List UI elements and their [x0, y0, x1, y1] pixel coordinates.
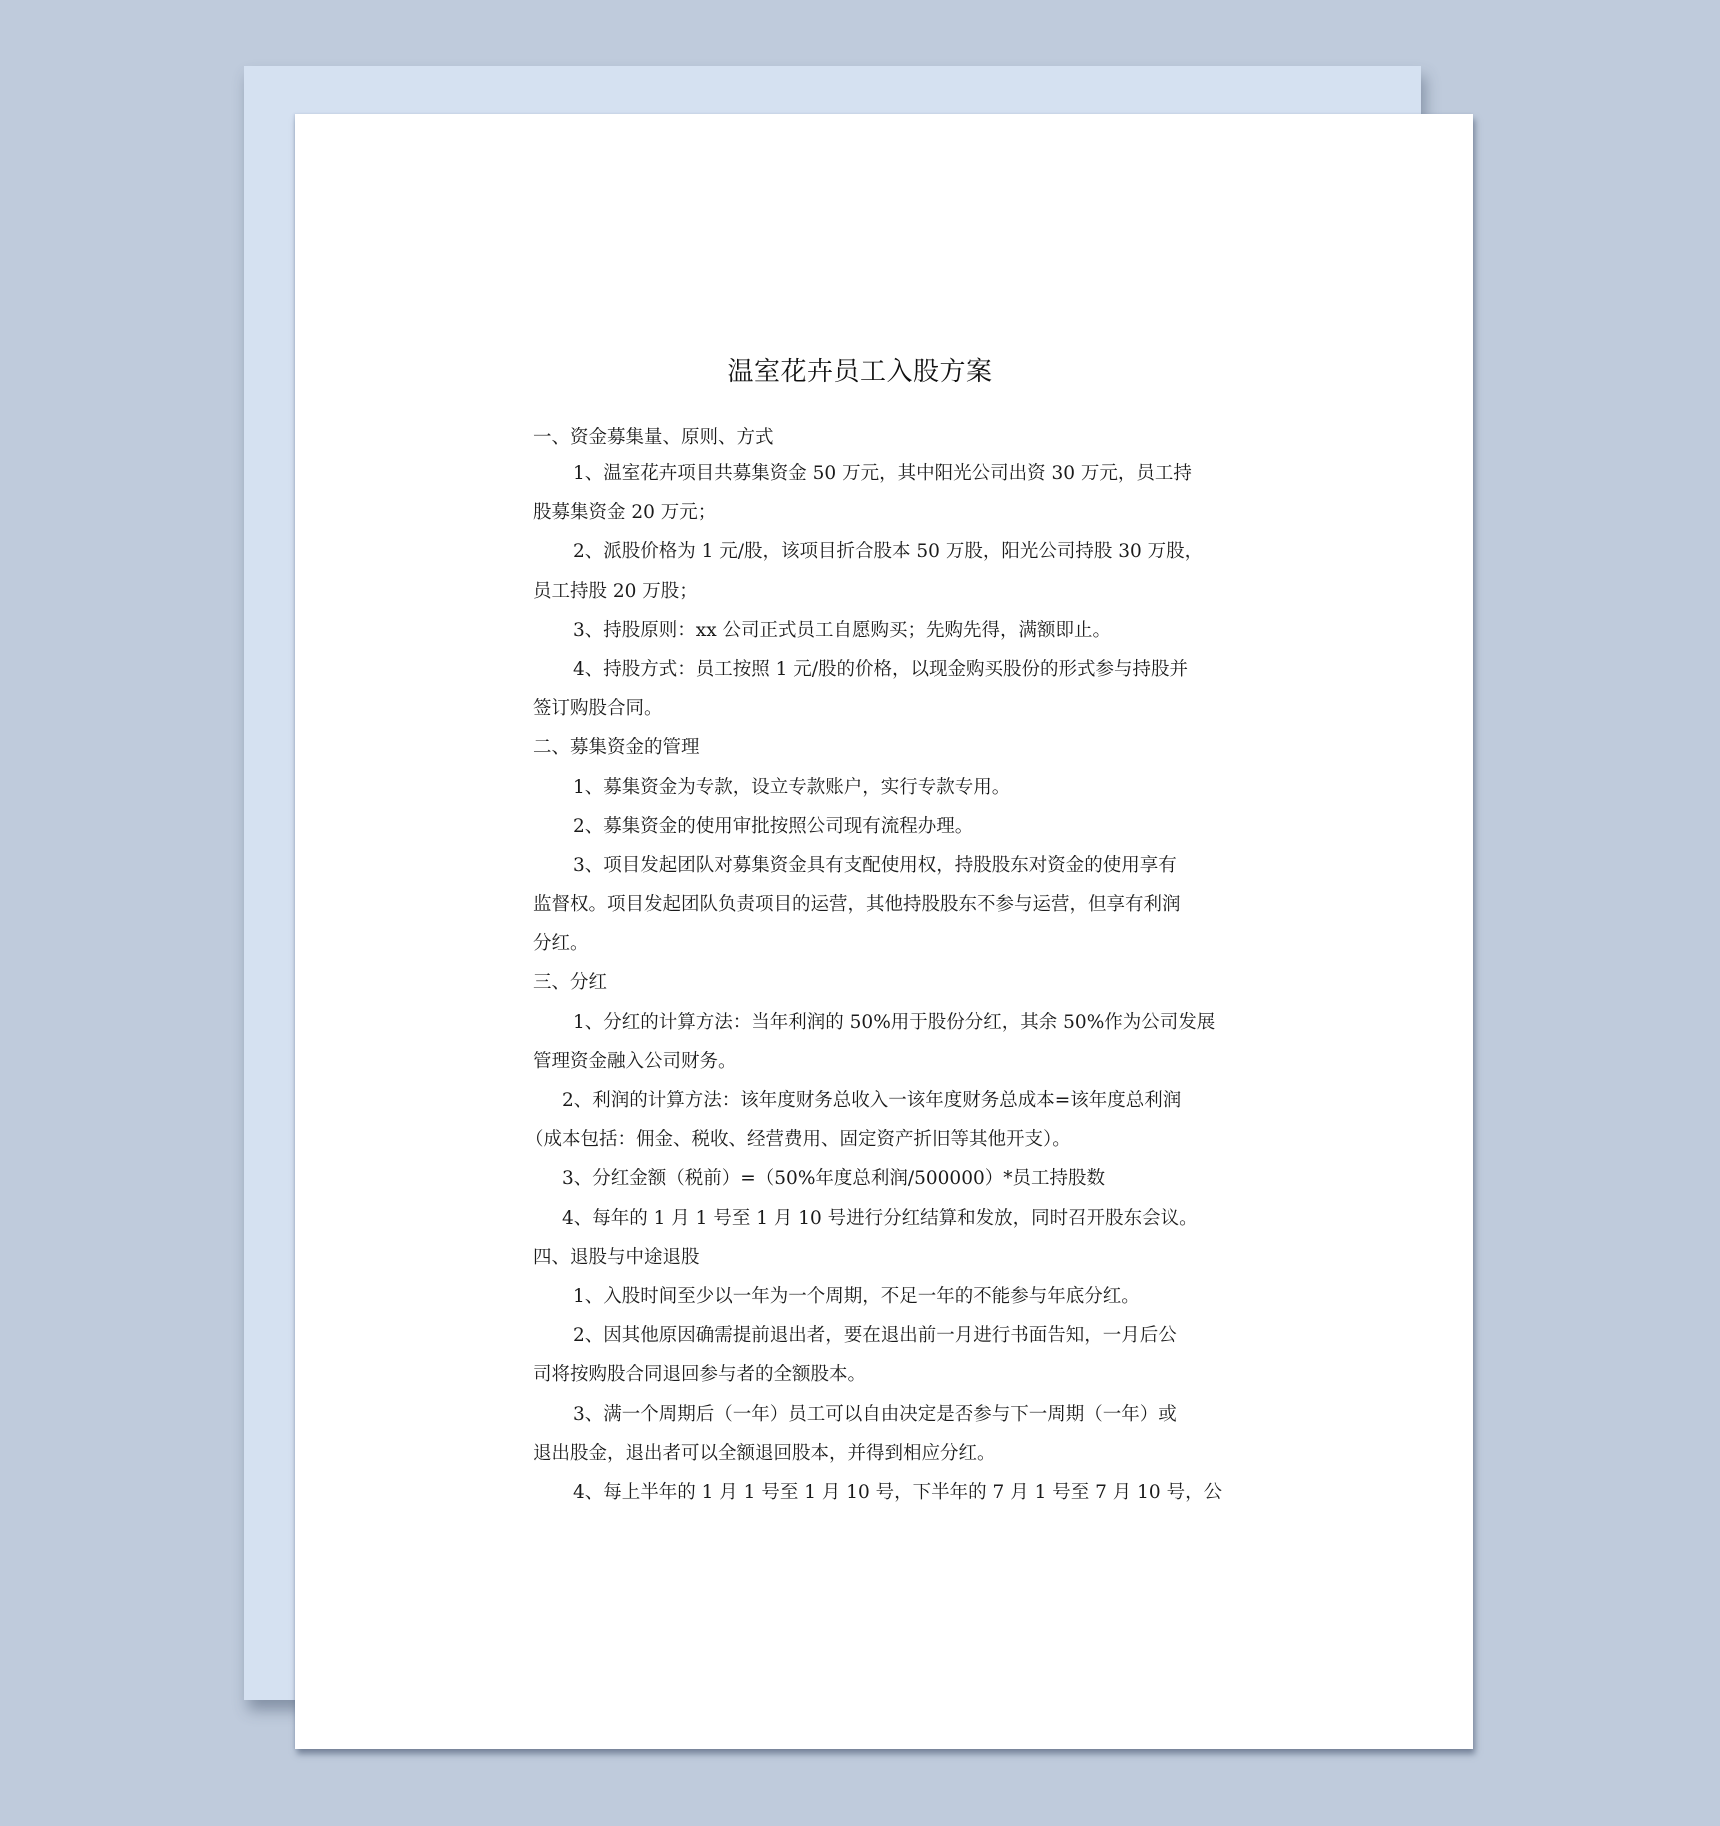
paragraph-line: 股募集资金 20 万元； — [533, 493, 1233, 532]
paragraph-line: 3、持股原则：xx 公司正式员工自愿购买；先购先得，满额即止。 — [533, 611, 1233, 650]
paragraph-line: 3、分红金额（税前）=（50%年度总利润/500000）*员工持股数 — [533, 1159, 1233, 1198]
paragraph-line: 1、分红的计算方法：当年利润的 50%用于股份分红，其余 50%作为公司发展 — [533, 1003, 1233, 1042]
paragraph-line: 管理资金融入公司财务。 — [533, 1042, 1233, 1081]
paragraph-line: 2、利润的计算方法：该年度财务总收入一该年度财务总成本=该年度总利润 — [533, 1081, 1233, 1120]
paragraph-line: 3、项目发起团队对募集资金具有支配使用权，持股股东对资金的使用享有 — [533, 846, 1233, 885]
paragraph-line: 员工持股 20 万股； — [533, 572, 1233, 611]
paragraph-line: 1、入股时间至少以一年为一个周期，不足一年的不能参与年底分红。 — [533, 1277, 1233, 1316]
paragraph-line: 4、每年的 1 月 1 号至 1 月 10 号进行分红结算和发放，同时召开股东会… — [533, 1199, 1233, 1238]
section-heading-2: 二、募集资金的管理 — [533, 728, 1233, 767]
paragraph-line: 监督权。项目发起团队负责项目的运营，其他持股股东不参与运营，但享有利润 — [533, 885, 1233, 924]
paragraph-line: 1、募集资金为专款，设立专款账户，实行专款专用。 — [533, 768, 1233, 807]
paragraph-line: 分红。 — [533, 924, 1233, 963]
paragraph-line: 签订购股合同。 — [533, 689, 1233, 728]
document-title: 温室花卉员工入股方案 — [0, 353, 1720, 391]
section-heading-4: 四、退股与中途退股 — [533, 1238, 1233, 1277]
paragraph-line: 司将按购股合同退回参与者的全额股本。 — [533, 1355, 1233, 1394]
section-heading-1: 一、资金募集量、原则、方式 — [533, 421, 1233, 454]
paragraph-line: 4、每上半年的 1 月 1 号至 1 月 10 号，下半年的 7 月 1 号至 … — [533, 1473, 1233, 1512]
section-heading-3: 三、分红 — [533, 963, 1233, 1002]
paragraph-line: 1、温室花卉项目共募集资金 50 万元，其中阳光公司出资 30 万元，员工持 — [533, 454, 1233, 493]
paragraph-line: 3、满一个周期后（一年）员工可以自由决定是否参与下一周期（一年）或 — [533, 1395, 1233, 1434]
paragraph-line: （成本包括：佣金、税收、经营费用、固定资产折旧等其他开支）。 — [525, 1120, 1233, 1159]
document-body: 一、资金募集量、原则、方式 1、温室花卉项目共募集资金 50 万元，其中阳光公司… — [533, 421, 1233, 1512]
paragraph-line: 4、持股方式：员工按照 1 元/股的价格，以现金购买股份的形式参与持股并 — [533, 650, 1233, 689]
paragraph-line: 2、派股价格为 1 元/股，该项目折合股本 50 万股，阳光公司持股 30 万股… — [533, 532, 1233, 571]
paragraph-line: 2、因其他原因确需提前退出者，要在退出前一月进行书面告知，一月后公 — [533, 1316, 1233, 1355]
paragraph-line: 退出股金，退出者可以全额退回股本，并得到相应分红。 — [533, 1434, 1233, 1473]
paragraph-line: 2、募集资金的使用审批按照公司现有流程办理。 — [533, 807, 1233, 846]
